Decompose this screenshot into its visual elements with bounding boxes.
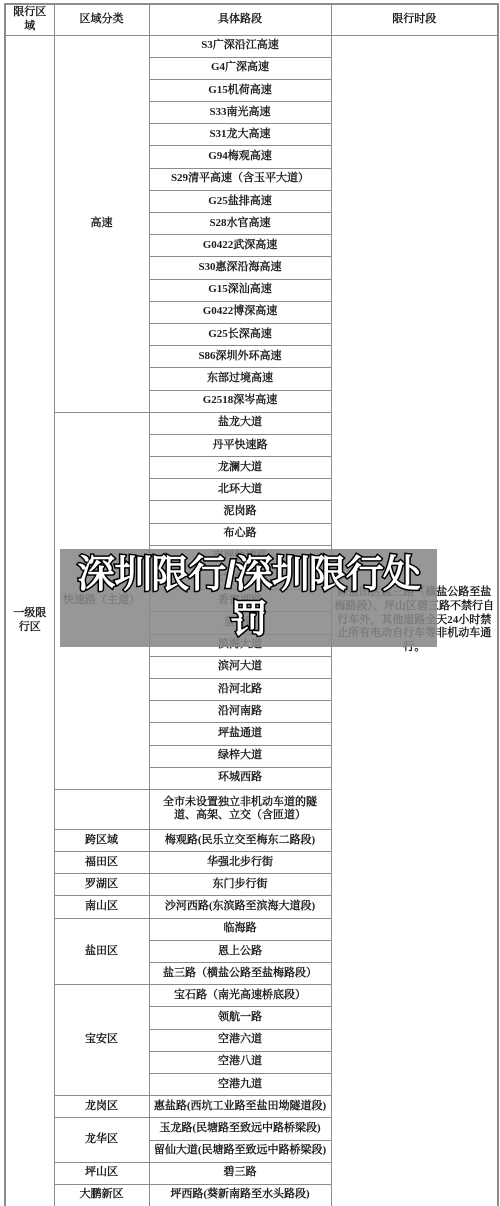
- road-cell: 空港六道: [149, 1029, 331, 1051]
- road-cell: 香蜜湖路: [149, 590, 331, 612]
- category-cell: 福田区: [54, 852, 149, 874]
- road-cell: S33南光高速: [149, 102, 331, 124]
- road-cell: 玉龙路(民塘路至致远中路桥梁段): [149, 1118, 331, 1140]
- region-cell: 一级限行区: [5, 35, 54, 1206]
- road-cell: 恩上公路: [149, 940, 331, 962]
- category-cell: 快速路（主道）: [54, 412, 149, 789]
- road-cell: G15机荷高速: [149, 79, 331, 101]
- road-cell: 临海路: [149, 918, 331, 940]
- road-cell: G4广深高速: [149, 57, 331, 79]
- road-cell: 碧三路: [149, 1162, 331, 1184]
- road-cell: G15深汕高速: [149, 279, 331, 301]
- road-cell: 惠盐路(西坑工业路至盐田坳隧道段): [149, 1096, 331, 1118]
- road-cell: 滨河大道: [149, 656, 331, 678]
- road-cell: 盐三路（横盐公路至盐梅路段）: [149, 963, 331, 985]
- road-cell: 滨海大道: [149, 634, 331, 656]
- category-cell: 罗湖区: [54, 874, 149, 896]
- road-cell: S30惠深沿海高速: [149, 257, 331, 279]
- road-cell: 空港八道: [149, 1051, 331, 1073]
- road-cell: 丹平快速路: [149, 434, 331, 456]
- road-cell: G0422博深高速: [149, 301, 331, 323]
- header-row: 限行区域 区域分类 具体路段 限行时段: [5, 4, 498, 35]
- road-cell: 坪西路(葵新南路至水头路段): [149, 1184, 331, 1206]
- table-row: 一级限行区高速S3广深沿江高速除盐田区盐三路（横盐公路至盐梅路段）、坪山区碧三路…: [5, 35, 498, 57]
- road-cell: G25长深高速: [149, 323, 331, 345]
- road-cell: 沿河北路: [149, 678, 331, 700]
- category-cell: 龙岗区: [54, 1096, 149, 1118]
- restriction-table: 限行区域 区域分类 具体路段 限行时段 一级限行区高速S3广深沿江高速除盐田区盐…: [4, 3, 499, 1206]
- road-cell: 盐龙大道: [149, 412, 331, 434]
- road-cell: 水官快速路: [149, 568, 331, 590]
- road-cell: G0422武深高速: [149, 235, 331, 257]
- road-cell: S3广深沿江高速: [149, 35, 331, 57]
- road-cell: S29清平高速（含玉平大道）: [149, 168, 331, 190]
- road-cell: 坪盐通道: [149, 723, 331, 745]
- road-cell: G2518深岑高速: [149, 390, 331, 412]
- category-cell: 龙华区: [54, 1118, 149, 1162]
- road-cell: 宝石路（南光高速桥底段）: [149, 985, 331, 1007]
- road-cell: G94梅观高速: [149, 146, 331, 168]
- category-cell: 宝安区: [54, 985, 149, 1096]
- road-cell: 北环大道: [149, 479, 331, 501]
- road-cell: 皇岗路: [149, 612, 331, 634]
- road-cell: 沿河南路: [149, 701, 331, 723]
- category-cell: 大鹏新区: [54, 1184, 149, 1206]
- road-cell: S28水官高速: [149, 213, 331, 235]
- road-cell: G25盐排高速: [149, 190, 331, 212]
- header-time: 限行时段: [331, 4, 498, 35]
- category-cell: 高速: [54, 35, 149, 412]
- road-cell: 领航一路: [149, 1007, 331, 1029]
- category-cell: 坪山区: [54, 1162, 149, 1184]
- road-cell: 全市未设置独立非机动车道的隧道、高架、立交（含匝道）: [149, 789, 331, 829]
- road-cell: 空港九道: [149, 1073, 331, 1095]
- road-cell: 龙澜大道: [149, 457, 331, 479]
- table-body: 一级限行区高速S3广深沿江高速除盐田区盐三路（横盐公路至盐梅路段）、坪山区碧三路…: [5, 35, 498, 1206]
- road-cell: 留仙大道(民塘路至致远中路桥梁段): [149, 1140, 331, 1162]
- road-cell: S86深圳外环高速: [149, 346, 331, 368]
- road-cell: 泥岗路: [149, 501, 331, 523]
- category-cell: 跨区域: [54, 829, 149, 851]
- road-cell: S31龙大高速: [149, 124, 331, 146]
- road-cell: 南坪快速路: [149, 545, 331, 567]
- category-cell: 盐田区: [54, 918, 149, 985]
- header-roads: 具体路段: [149, 4, 331, 35]
- road-cell: 绿梓大道: [149, 745, 331, 767]
- road-cell: 东门步行街: [149, 874, 331, 896]
- road-cell: 沙河西路(东滨路至滨海大道段): [149, 896, 331, 918]
- road-cell: 布心路: [149, 523, 331, 545]
- page: 限行区域 区域分类 具体路段 限行时段 一级限行区高速S3广深沿江高速除盐田区盐…: [0, 0, 500, 1206]
- time-notice-cell: 除盐田区盐三路（横盐公路至盐梅路段）、坪山区碧三路不禁行自行车外，其他道路全天2…: [331, 35, 498, 1206]
- header-category: 区域分类: [54, 4, 149, 35]
- road-cell: 梅观路(民乐立交至梅东二路段): [149, 829, 331, 851]
- header-region: 限行区域: [5, 4, 54, 35]
- road-cell: 东部过境高速: [149, 368, 331, 390]
- category-cell: [54, 789, 149, 829]
- category-cell: 南山区: [54, 896, 149, 918]
- road-cell: 华强北步行街: [149, 852, 331, 874]
- road-cell: 环城西路: [149, 767, 331, 789]
